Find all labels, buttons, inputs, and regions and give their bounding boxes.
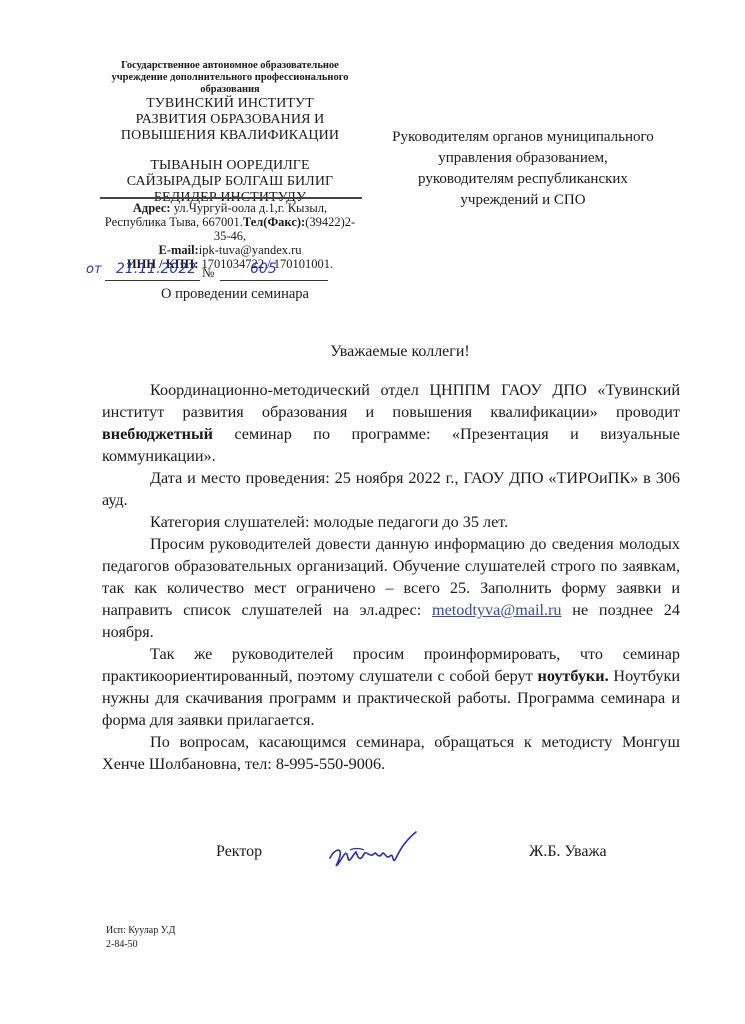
text: Координационно-методический отдел ЦНППМ … [102,381,680,421]
paragraph-laptops: Так же руководителей просим проинформиро… [102,643,680,731]
handwritten-number: 605 [250,261,277,277]
org-type-line: учреждение дополнительного профессиональ… [100,72,360,84]
org-name-line: ПОВЫШЕНИЯ КВАЛИФИКАЦИИ [100,128,360,144]
executor-name: Исп: Куулар У.Д [106,924,175,938]
signature-icon [320,828,430,878]
executor-info: Исп: Куулар У.Д 2-84-50 [106,924,175,952]
phone-value: (39422)2- [305,215,355,229]
date-prefix: от [86,262,102,277]
handwritten-date: 21.11.2022 [116,261,196,277]
address-value: ул.Чургуй-оола д.1,г. Кызыл, [171,201,328,215]
addressee-line: Руководителям органов муниципального [368,127,678,148]
email-label: E-mail: [158,243,198,257]
letter-body: Координационно-методический отдел ЦНППМ … [102,379,680,775]
emphasis-laptops: ноутбуки. [538,667,609,685]
email-line: E-mail:ipk-tuva@yandex.ru [100,243,360,257]
addressee-line: учреждений и СПО [368,190,678,211]
email-link[interactable]: metodtyva@mail.ru [432,601,562,619]
org-name-line: ТУВИНСКИЙ ИНСТИТУТ [100,96,360,112]
address-value-2: Республика Тыва, 667001. [105,215,243,229]
executor-phone: 2-84-50 [106,938,175,952]
paragraph-registration: Просим руководителей довести данную инфо… [102,533,680,643]
greeting: Уважаемые коллеги! [100,343,700,361]
org-name-tyv-line: ТЫВАНЫН ООРЕДИЛГЕ [100,158,360,174]
addressee-line: руководителям республиканских [368,169,678,190]
paragraph-contact: По вопросам, касающимся семинара, обраща… [102,731,680,775]
org-type-line: Государственное автономное образовательн… [100,60,360,72]
org-name-line: РАЗВИТИЯ ОБРАЗОВАНИЯ И [100,112,360,128]
number-underline [220,280,328,281]
address-line: Адрес: ул.Чургуй-оола д.1,г. Кызыл, [100,201,360,215]
address-phone-line: Республика Тыва, 667001.Тел(Факс):(39422… [100,215,360,229]
paragraph-audience: Категория слушателей: молодые педагоги д… [102,511,680,533]
paragraph-seminar-intro: Координационно-методический отдел ЦНППМ … [102,379,680,467]
org-name-tyv-line: САЙЗЫРАДЫР БОЛГАШ БИЛИГ [100,174,360,190]
number-label: № [202,265,214,281]
subject-line: О проведении семинара [130,286,340,303]
phone-label: Тел(Факс): [243,215,305,229]
addressee: Руководителям органов муниципального упр… [368,127,678,211]
paragraph-date-place: Дата и место проведения: 25 ноября 2022 … [102,467,680,511]
address-label: Адрес: [133,201,171,215]
emphasis-extrabudgetary: внебюджетный [102,425,213,443]
email-value: ipk-tuva@yandex.ru [199,243,302,257]
addressee-line: управления образованием, [368,148,678,169]
signatory-name: Ж.Б. Уважа [529,843,607,861]
letterhead: Государственное автономное образовательн… [100,60,360,206]
letterhead-divider [100,197,362,199]
signatory-title: Ректор [216,843,262,861]
date-underline [105,280,200,281]
org-name-ru: ТУВИНСКИЙ ИНСТИТУТ РАЗВИТИЯ ОБРАЗОВАНИЯ … [100,96,360,144]
org-type: Государственное автономное образовательн… [100,60,360,96]
phone-value-cont: 35-46, [100,229,360,243]
org-type-line: образования [100,84,360,96]
